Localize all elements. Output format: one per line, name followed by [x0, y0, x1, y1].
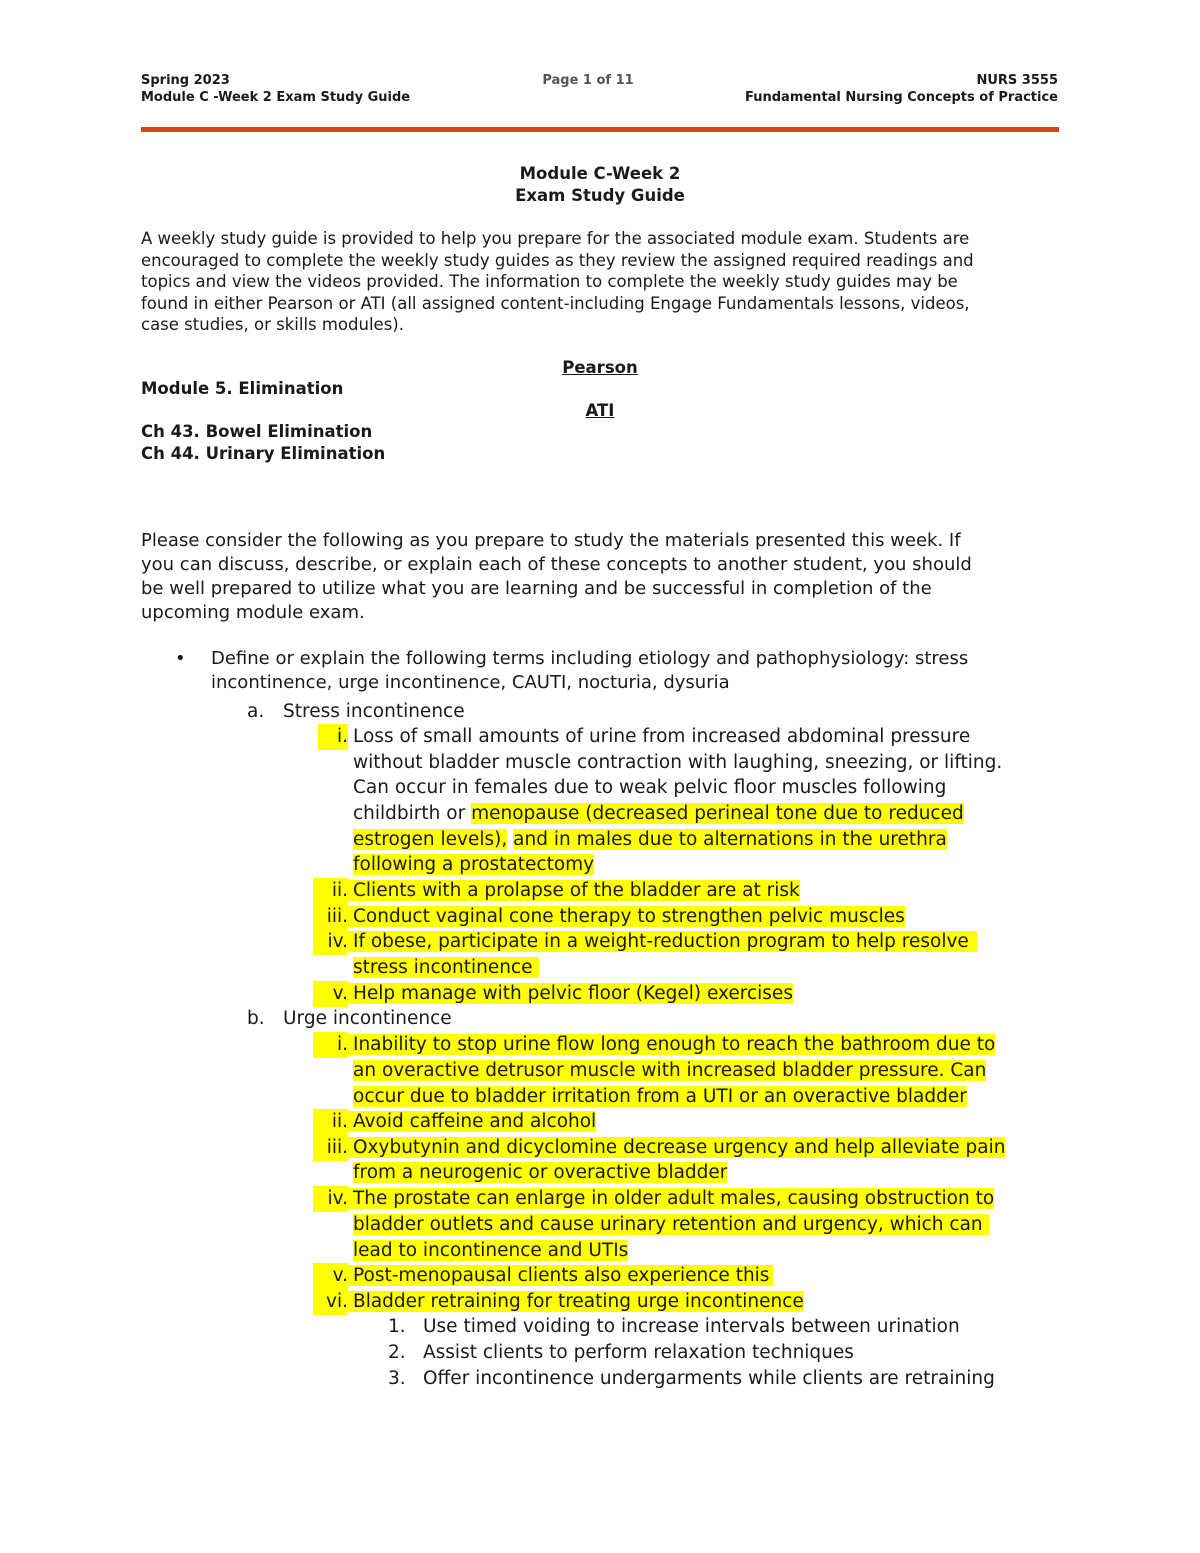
- item-marker: ii.: [313, 1109, 348, 1135]
- item-marker: iv.: [313, 1186, 348, 1212]
- item-line: following a prostatectomy: [353, 852, 594, 878]
- title-line-1: Module C-Week 2: [0, 163, 1200, 185]
- section-b-title: Urge incontinence: [283, 1006, 452, 1032]
- section-a-marker: a.: [247, 699, 264, 725]
- item-line: Avoid caffeine and alcohol: [348, 1109, 596, 1135]
- intro-paragraph: A weekly study guide is provided to help…: [141, 228, 974, 336]
- item-line: bladder outlets and cause urinary retent…: [353, 1212, 989, 1238]
- item-line: Inability to stop urine flow long enough…: [348, 1032, 995, 1058]
- step-marker: 2.: [388, 1340, 406, 1366]
- consider-line: upcoming module exam.: [141, 601, 972, 625]
- item-line: Bladder retraining for treating urge inc…: [348, 1289, 804, 1315]
- step-text: Offer incontinence undergarments while c…: [423, 1366, 995, 1392]
- item-line: occur due to bladder irritation from a U…: [353, 1084, 967, 1110]
- bullet-line: incontinence, urge incontinence, CAUTI, …: [211, 671, 968, 695]
- item-line: Clients with a prolapse of the bladder a…: [348, 878, 800, 904]
- item-line: Post-menopausal clients also experience …: [348, 1263, 773, 1289]
- ati-chapter: Ch 43. Bowel Elimination: [141, 421, 372, 443]
- item-line: Conduct vaginal cone therapy to strength…: [348, 904, 905, 930]
- item-marker: i.: [318, 724, 348, 750]
- consider-paragraph: Please consider the following as you pre…: [141, 529, 972, 625]
- item-line: Oxybutynin and dicyclomine decrease urge…: [348, 1135, 1005, 1161]
- bullet-line: Define or explain the following terms in…: [211, 647, 968, 671]
- item-line: without bladder muscle contraction with …: [353, 750, 1002, 776]
- intro-line: A weekly study guide is provided to help…: [141, 228, 974, 250]
- item-line: childbirth or menopause (decreased perin…: [353, 801, 964, 827]
- header-right: NURS 3555 Fundamental Nursing Concepts o…: [745, 72, 1058, 106]
- item-line: If obese, participate in a weight-reduct…: [348, 929, 977, 955]
- pearson-heading: Pearson: [0, 357, 1200, 379]
- item-line: The prostate can enlarge in older adult …: [348, 1186, 994, 1212]
- bullet-text: Define or explain the following terms in…: [211, 647, 968, 695]
- item-marker: iii.: [313, 904, 348, 930]
- item-line: stress incontinence: [353, 955, 539, 981]
- item-line: from a neurogenic or overactive bladder: [353, 1160, 727, 1186]
- course-code: NURS 3555: [745, 72, 1058, 89]
- bullet-icon: •: [175, 648, 186, 669]
- item-marker: iv.: [313, 929, 348, 955]
- step-marker: 1.: [388, 1314, 406, 1340]
- item-marker: v.: [313, 1263, 348, 1289]
- item-line: Can occur in females due to weak pelvic …: [353, 775, 946, 801]
- section-b-marker: b.: [247, 1006, 265, 1032]
- item-line: Help manage with pelvic floor (Kegel) ex…: [348, 981, 793, 1007]
- ati-heading: ATI: [0, 400, 1200, 422]
- course-title: Fundamental Nursing Concepts of Practice: [745, 89, 1058, 106]
- item-line: Loss of small amounts of urine from incr…: [353, 724, 970, 750]
- ati-chapter: Ch 44. Urinary Elimination: [141, 443, 385, 465]
- header-divider: [141, 127, 1059, 132]
- item-marker: iii.: [313, 1135, 348, 1161]
- item-marker: vi.: [313, 1289, 348, 1315]
- intro-line: encouraged to complete the weekly study …: [141, 250, 974, 272]
- item-line: estrogen levels), and in males due to al…: [353, 827, 947, 853]
- step-text: Assist clients to perform relaxation tec…: [423, 1340, 854, 1366]
- item-marker: v.: [313, 981, 348, 1007]
- item-marker: i.: [313, 1032, 348, 1058]
- item-line: lead to incontinence and UTIs: [353, 1238, 628, 1264]
- item-marker: ii.: [313, 878, 348, 904]
- consider-line: you can discuss, describe, or explain ea…: [141, 553, 972, 577]
- page-title: Module C-Week 2 Exam Study Guide: [0, 163, 1200, 207]
- intro-line: topics and view the videos provided. The…: [141, 271, 974, 293]
- document-subtitle: Module C -Week 2 Exam Study Guide: [141, 89, 410, 106]
- intro-line: found in either Pearson or ATI (all assi…: [141, 293, 974, 315]
- intro-line: case studies, or skills modules).: [141, 314, 974, 336]
- pearson-module: Module 5. Elimination: [141, 378, 343, 400]
- step-marker: 3.: [388, 1366, 406, 1392]
- title-line-2: Exam Study Guide: [0, 185, 1200, 207]
- section-a-title: Stress incontinence: [283, 699, 465, 725]
- step-text: Use timed voiding to increase intervals …: [423, 1314, 960, 1340]
- item-line: an overactive detrusor muscle with incre…: [353, 1058, 986, 1084]
- consider-line: Please consider the following as you pre…: [141, 529, 972, 553]
- consider-line: be well prepared to utilize what you are…: [141, 577, 972, 601]
